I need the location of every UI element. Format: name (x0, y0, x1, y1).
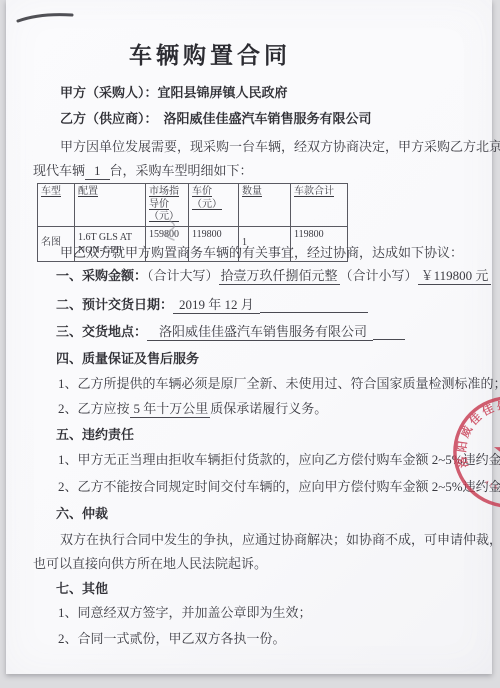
clause-1-smallwrite-label: （合计小写） (340, 268, 418, 283)
agreement-lead: 甲乙双方就甲方购置商务车辆的有关事宜，经过协商，达成如下协议： (60, 245, 463, 261)
seal-serial: 41511003 (483, 480, 500, 494)
col-total: 车款合计 (291, 184, 348, 227)
party-b-line: 乙方（供应商）：洛阳威佳佳盛汽车销售服务有限公司 (60, 111, 372, 127)
clause-4-item2-pre: 2、乙方应按 (58, 401, 130, 416)
clause-7-item-2: 2、合同一式贰份，甲乙双方各执一份。 (58, 631, 286, 647)
page-title: 车辆购置合同 (6, 42, 414, 71)
contract-page: 车辆购置合同 甲方（采购人）：宜阳县锦屏镇人民政府 乙方（供应商）：洛阳威佳佳盛… (6, 0, 492, 674)
amount-in-words: 拾壹万玖仟捌佰元整 (219, 268, 340, 285)
col-model: 车型 (38, 184, 75, 227)
clause-3: 三、交货地点：洛阳威佳佳盛汽车销售服务有限公司 (56, 324, 405, 340)
clause-2: 二、预计交货日期：2019 年 12 月 (56, 297, 368, 313)
delivery-date: 2019 年 12 月 (173, 297, 260, 314)
svg-text:41511003: 41511003 (483, 480, 500, 494)
intro-line-1: 甲方因单位发展需要，现采购一台车辆，经双方协商决定，甲方采购乙方北京 (60, 139, 500, 155)
col-guide-price: 市场指导价（元） (146, 184, 189, 227)
clause-4-header: 四、质量保证及售后服务 (56, 351, 199, 367)
party-b-label: 乙方（供应商）： (60, 111, 158, 126)
delivery-place: 洛阳威佳佳盛汽车销售服务有限公司 (147, 324, 373, 341)
clause-4-item2-post: 质保承诺履行义务。 (210, 401, 327, 416)
clause-5-header: 五、违约责任 (56, 427, 134, 443)
clause-1-bigwrite-label: （合计大写） (147, 268, 219, 283)
clause-3-label: 三、交货地点： (56, 324, 147, 339)
table-header-row: 车型 配置 市场指导价（元） 车价（元） 数量 车款合计 (38, 184, 348, 227)
delivery-date-blank (260, 301, 368, 313)
party-a-name: 宜阳县锦屏镇人民政府 (158, 85, 288, 100)
delivery-place-blank (373, 328, 405, 340)
clause-7-item-1: 1、同意经双方签字，并加盖公章即为生效； (58, 605, 312, 621)
clause-5-item-2: 2、乙方不能按合同规定时间交付车辆的，应向甲方偿付购车金额 2~5%违约金； (58, 479, 500, 495)
party-b-name: 洛阳威佳佳盛汽车销售服务有限公司 (164, 111, 372, 126)
col-price: 车价（元） (189, 184, 239, 227)
amount-in-figures: ￥119800 元 (418, 268, 492, 285)
config-line1: 1.6T GLS AT (78, 231, 142, 244)
party-a-line: 甲方（采购人）：宜阳县锦屏镇人民政府 (60, 85, 288, 101)
seal-star (494, 436, 500, 465)
intro-line2-pre: 现代车辆 (33, 163, 85, 178)
clause-6-header: 六、仲裁 (56, 506, 108, 522)
clause-1-label: 一、采购金额： (56, 268, 147, 283)
vehicle-quantity: 1 (85, 163, 110, 180)
clause-7-header: 七、其他 (56, 581, 108, 597)
warranty-term: 5 年十万公里 (130, 401, 211, 418)
clause-2-label: 二、预计交货日期： (56, 297, 173, 312)
clause-6-body-1: 双方在执行合同中发生的争执，应通过协商解决；如协商不成，可申请仲裁， (60, 532, 500, 548)
company-seal: 洛阳威佳佳盛汽车销售服务有限公司 41511003 (450, 393, 500, 511)
clause-1: 一、采购金额：（合计大写）拾壹万玖仟捌佰元整（合计小写）￥119800 元 (56, 268, 491, 284)
clause-4-item-1: 1、乙方所提供的车辆必须是原厂全新、未使用过、符合国家质量检测标准的； (58, 376, 500, 392)
clause-5-item-1: 1、甲方无正当理由拒收车辆拒付货款的，应向乙方偿付购车金额 2~5%违约金； (58, 452, 500, 468)
clause-6-body-2: 也可以直接向供方所在地人民法院起诉。 (33, 556, 267, 572)
clause-4-item-2: 2、乙方应按5 年十万公里质保承诺履行义务。 (58, 401, 327, 417)
party-a-label: 甲方（采购人）： (60, 85, 158, 100)
intro-line-2: 现代车辆1台，采购车型明细如下： (33, 163, 253, 179)
intro-line2-post: 台，采购车型明细如下： (110, 163, 253, 178)
col-qty: 数量 (239, 184, 291, 227)
col-config: 配置 (75, 184, 146, 227)
